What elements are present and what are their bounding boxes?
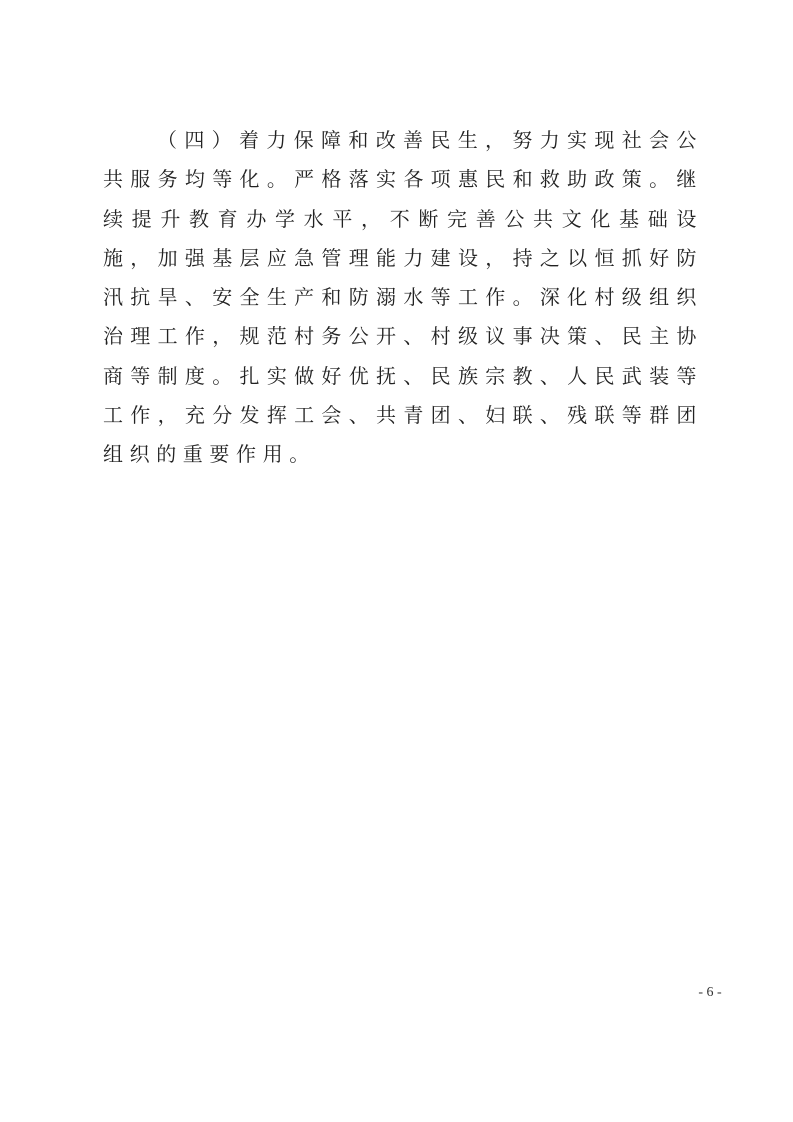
page-number: - 6 -	[690, 985, 730, 1001]
document-page: （四）着力保障和改善民生，努力实现社会公共服务均等化。严格落实各项惠民和救助政策…	[0, 0, 793, 1122]
body-paragraph: （四）着力保障和改善民生，努力实现社会公共服务均等化。严格落实各项惠民和救助政策…	[103, 121, 703, 475]
